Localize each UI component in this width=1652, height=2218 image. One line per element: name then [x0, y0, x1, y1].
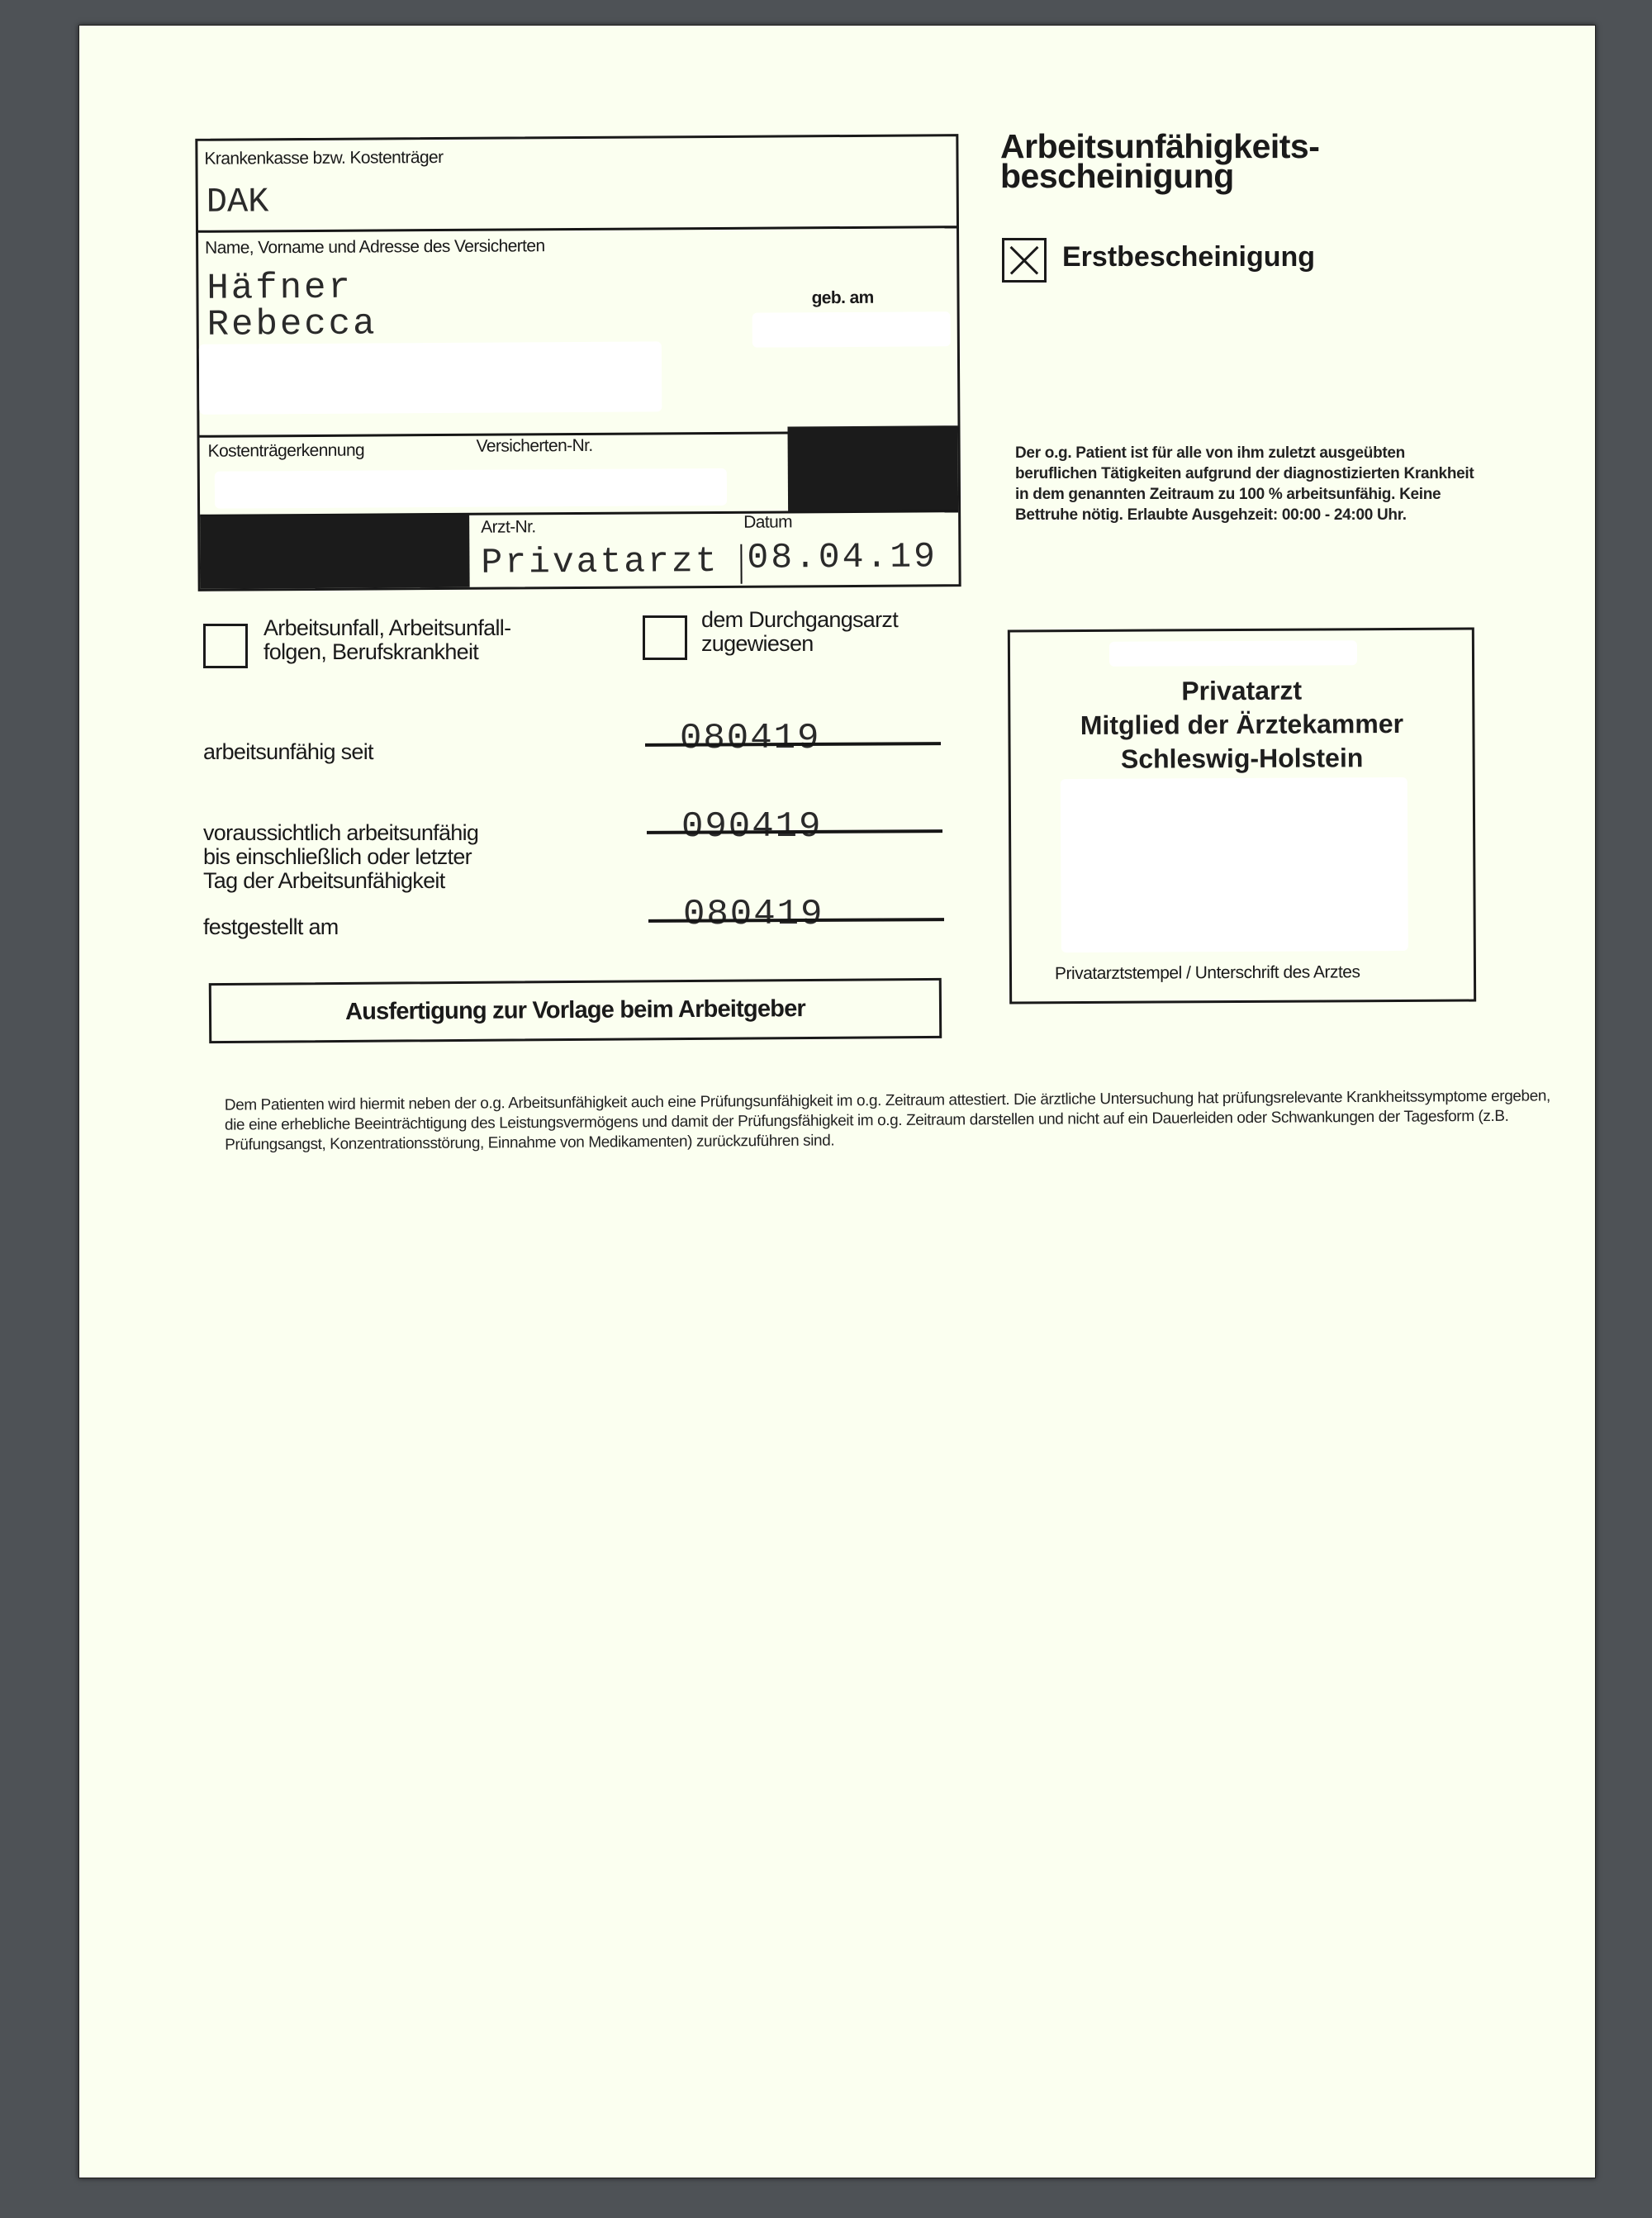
- determined-on-value: 080419: [683, 894, 824, 935]
- doctor-stamp-box: Privatarzt Mitglied der Ärztekammer Schl…: [1008, 628, 1476, 1005]
- durchgangsarzt-checkbox[interactable]: [643, 615, 687, 660]
- insured-number-label: Versicherten-Nr.: [477, 436, 593, 457]
- expected-incapacity-value: 090419: [681, 806, 822, 848]
- redacted-insured-number: [215, 468, 727, 509]
- work-accident-label-line2: folgen, Berufskrankheit: [263, 640, 510, 664]
- black-field-block: [200, 515, 470, 589]
- redacted-dob: [752, 311, 951, 347]
- durchgangsarzt-label-line1: dem Durchgangsarzt: [701, 608, 898, 632]
- determined-on-label: festgestellt am: [203, 915, 339, 939]
- stamp-line3: Schleswig-Holstein: [1011, 741, 1474, 777]
- work-accident-checkbox[interactable]: [203, 624, 248, 668]
- redacted-address: [199, 341, 662, 414]
- form-title-line2: bescheinigung: [1000, 161, 1319, 191]
- expected-incapacity-label-line1: voraussichtlich arbeitsunfähig: [203, 821, 478, 845]
- durchgangsarzt-label-line2: zugewiesen: [701, 632, 898, 656]
- redacted-doctor-address: [1061, 777, 1408, 952]
- expected-incapacity-label-line2: bis einschließlich oder letzter: [203, 845, 478, 869]
- incapacity-since-value: 080419: [680, 718, 820, 759]
- durchgangsarzt-label: dem Durchgangsarzt zugewiesen: [701, 608, 898, 656]
- work-accident-label: Arbeitsunfall, Arbeitsunfall- folgen, Be…: [263, 616, 510, 664]
- erstbescheinigung-checkbox[interactable]: [1002, 238, 1047, 283]
- erstbescheinigung-label: Erstbescheinigung: [1062, 241, 1315, 273]
- exam-incapacity-footnote: Dem Patienten wird hiermit neben der o.g…: [225, 1086, 1559, 1155]
- divider: [740, 544, 742, 584]
- insurer-value: DAK: [206, 182, 269, 221]
- incapacity-since-label: arbeitsunfähig seit: [203, 740, 373, 764]
- dob-label: geb. am: [811, 288, 873, 308]
- employer-copy-banner: Ausfertigung zur Vorlage beim Arbeitgebe…: [209, 978, 942, 1043]
- form-title: Arbeitsunfähigkeits- bescheinigung: [1000, 131, 1319, 191]
- black-field-block: [787, 425, 958, 512]
- payer-id-label: Kostenträgerkennung: [208, 441, 365, 462]
- expected-incapacity-label-line3: Tag der Arbeitsunfähigkeit: [203, 869, 478, 893]
- divider: [198, 226, 957, 233]
- stamp-line2: Mitglied der Ärztekammer: [1010, 707, 1473, 743]
- insured-label: Name, Vorname und Adresse des Versichert…: [205, 236, 545, 259]
- patient-info-box: Krankenkasse bzw. Kostenträger DAK Name,…: [195, 134, 961, 591]
- stamp-caption: Privatarztstempel / Unterschrift des Arz…: [1055, 962, 1360, 984]
- document-page: Krankenkasse bzw. Kostenträger DAK Name,…: [78, 25, 1596, 2178]
- stamp-text: Privatarzt Mitglied der Ärztekammer Schl…: [1010, 673, 1474, 777]
- date-value: 08.04.19: [747, 536, 938, 577]
- work-accident-label-line1: Arbeitsunfall, Arbeitsunfall-: [263, 616, 510, 640]
- insurer-label: Krankenkasse bzw. Kostenträger: [204, 148, 443, 169]
- redacted-doctor-name: [1109, 640, 1357, 667]
- date-label: Datum: [743, 512, 792, 532]
- incapacity-notice: Der o.g. Patient ist für alle von ihm zu…: [1015, 443, 1478, 525]
- doctor-number-value: Privatarzt: [481, 541, 719, 583]
- stamp-line1: Privatarzt: [1010, 673, 1473, 710]
- insured-firstname: Rebecca: [207, 303, 377, 345]
- expected-incapacity-label: voraussichtlich arbeitsunfähig bis einsc…: [203, 821, 478, 893]
- doctor-number-label: Arzt-Nr.: [481, 517, 536, 537]
